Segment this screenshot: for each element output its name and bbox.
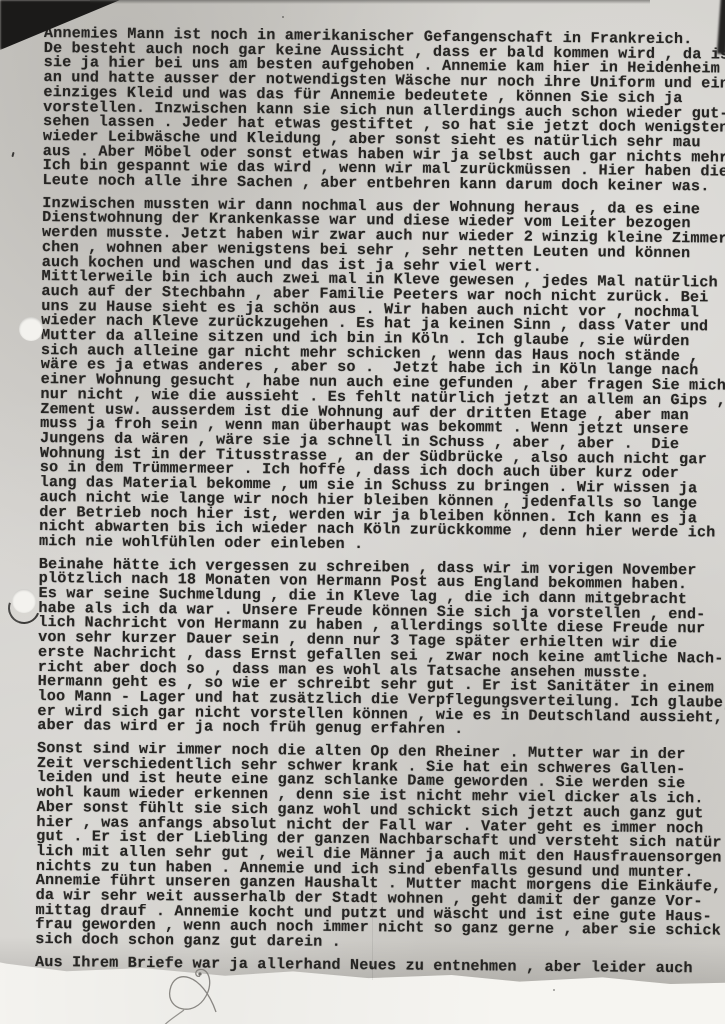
scan-top-edge (90, 0, 650, 4)
hole-punch-icon (19, 317, 43, 341)
pencil-scribble-icon (150, 952, 320, 1024)
dust-speck (679, 873, 681, 875)
dust-speck (553, 989, 555, 991)
dust-speck (282, 16, 284, 18)
text-block: Annemies Mann ist noch in amerikanischer… (35, 26, 725, 976)
paragraph: Sonst sind wir immer noch die alten Op d… (35, 741, 725, 954)
dust-speck (371, 966, 373, 968)
scanned-letter-page: Annemies Mann ist noch in amerikanischer… (0, 0, 725, 1024)
paragraph: Inzwischen mussten wir dann nochmal aus … (39, 196, 725, 556)
paragraph: Annemies Mann ist noch in amerikanischer… (42, 26, 725, 194)
paragraph: Beinahe hätte ich vergessen zu schreiben… (37, 557, 725, 740)
